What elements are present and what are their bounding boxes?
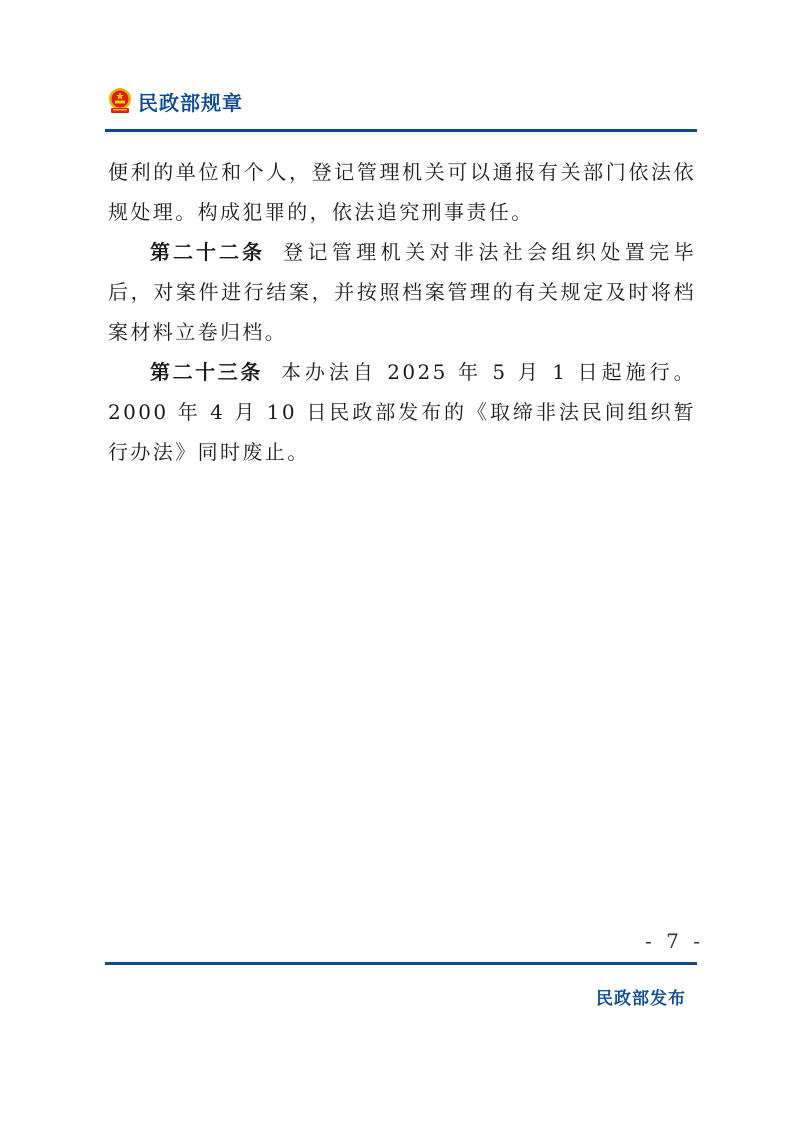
footer-publisher: 民政部发布 [596, 984, 686, 1009]
page-header: 民政部规章 [107, 86, 243, 116]
article-23: 第二十三条本办法自 2025 年 5 月 1 日起施行。2000 年 4 月 1… [108, 352, 696, 472]
article-23-title: 第二十三条 [150, 360, 263, 384]
national-emblem-icon [107, 87, 133, 115]
document-body: 便利的单位和个人，登记管理机关可以通报有关部门依法依规处理。构成犯罪的，依法追究… [108, 152, 696, 472]
article-22: 第二十二条登记管理机关对非法社会组织处置完毕后，对案件进行结案，并按照档案管理的… [108, 232, 696, 352]
page-number: - 7 - [645, 929, 704, 953]
header-divider [105, 129, 697, 132]
header-title: 民政部规章 [138, 87, 243, 116]
article-22-title: 第二十二条 [150, 240, 265, 264]
paragraph-continuation: 便利的单位和个人，登记管理机关可以通报有关部门依法依规处理。构成犯罪的，依法追究… [108, 152, 696, 232]
footer-divider [105, 962, 697, 965]
